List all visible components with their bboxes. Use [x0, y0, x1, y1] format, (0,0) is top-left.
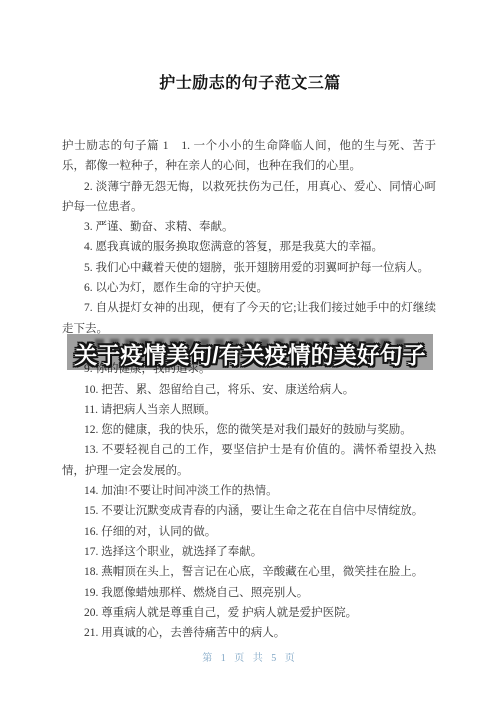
body-paragraph: 3. 严谨、勤奋、求精、奉献。 — [62, 217, 436, 237]
body-paragraph: 6. 以心为灯，愿作生命的守护天使。 — [62, 278, 436, 298]
page-indicator: 第 1 页 共 5 页 — [202, 653, 298, 664]
body-paragraph: 4. 愿我真诚的服务换取您满意的答复，那是我莫大的幸福。 — [62, 237, 436, 257]
body-paragraph: 10. 把苦、累、怨留给自己，将乐、安、康送给病人。 — [62, 380, 436, 400]
body-paragraph: 5. 我们心中藏着天使的翅膀，张开翅膀用爱的羽翼呵护每一位病人。 — [62, 258, 436, 278]
watermark-title: 关于疫情美句/有关疫情的美好句子 — [74, 334, 425, 370]
body-paragraph: 18. 燕帽顶在头上，誓言记在心底，辛酸藏在心里，微笑挂在脸上。 — [62, 562, 436, 582]
document-body: 护士励志的句子篇 1 1. 一个小小的生命降临人间，他的生与死、苦于乐，都像一粒… — [62, 136, 436, 643]
body-paragraph: 19. 我愿像蜡烛那样、燃烧自己、照亮别人。 — [62, 583, 436, 603]
body-paragraph: 11. 请把病人当亲人照顾。 — [62, 400, 436, 420]
body-paragraph: 15. 不要让沉默变成青春的内涵，要让生命之花在自信中尽情绽放。 — [62, 501, 436, 521]
body-paragraph: 21. 用真诚的心，去善待痛苦中的病人。 — [62, 623, 436, 643]
body-paragraph: 16. 仔细的对，认同的做。 — [62, 522, 436, 542]
page-footer: 第 1 页 共 5 页 — [0, 648, 500, 666]
body-paragraph: 13. 不要轻视自己的工作，要坚信护士是有价值的。满怀希望投入热情，护理一定会发… — [62, 440, 436, 481]
document-page: 护士励志的句子范文三篇 护士励志的句子篇 1 1. 一个小小的生命降临人间，他的… — [0, 0, 500, 706]
document-title: 护士励志的句子范文三篇 — [0, 70, 500, 93]
body-paragraph: 14. 加油!不要让时间冲淡工作的热情。 — [62, 481, 436, 501]
body-paragraph: 7. 自从提灯女神的出现，便有了今天的它;让我们接过她手中的灯继续走下去。 — [62, 298, 436, 339]
body-paragraph: 12. 您的健康，我的快乐，您的微笑是对我们最好的鼓励与奖励。 — [62, 420, 436, 440]
body-paragraph: 护士励志的句子篇 1 1. 一个小小的生命降临人间，他的生与死、苦于乐，都像一粒… — [62, 136, 436, 177]
body-paragraph: 20. 尊重病人就是尊重自己，爱 护病人就是爱护医院。 — [62, 603, 436, 623]
body-paragraph: 17. 选择这个职业，就选择了奉献。 — [62, 542, 436, 562]
body-paragraph: 2. 淡薄宁静无怨无悔，以救死扶伤为己任，用真心、爱心、同情心呵护每一位患者。 — [62, 177, 436, 218]
watermark-banner: 关于疫情美句/有关疫情的美好句子 — [67, 334, 433, 370]
